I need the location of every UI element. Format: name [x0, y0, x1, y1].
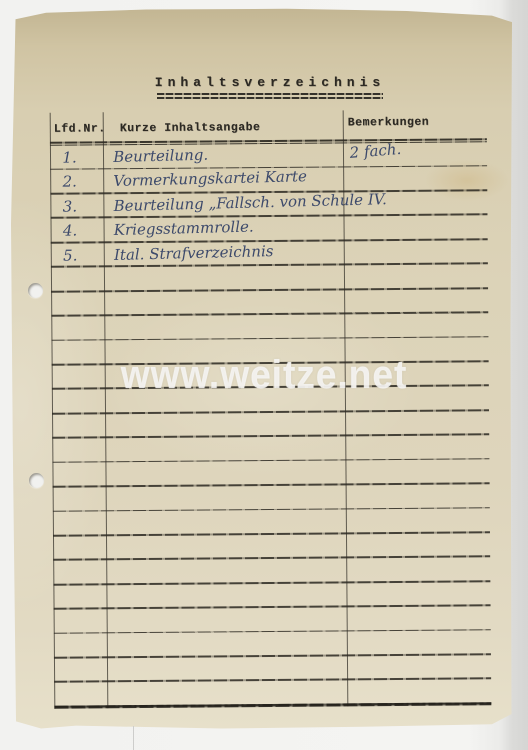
row-nr [52, 438, 105, 463]
row-nr: 1. [50, 145, 103, 170]
row-content [107, 676, 348, 706]
row-nr [51, 316, 104, 341]
row-nr: 2. [50, 170, 103, 195]
row-nr [53, 585, 106, 610]
punch-hole-top [28, 283, 43, 298]
row-nr [53, 487, 106, 512]
row-nr [54, 658, 107, 683]
scan-background: Inhaltsverzeichnis Lfd.Nr. Kurze Inhalts… [0, 0, 528, 750]
row-nr [52, 365, 105, 390]
header-nr: Lfd.Nr. [54, 122, 106, 135]
row-nr [53, 536, 106, 561]
document-title: Inhaltsverzeichnis [135, 75, 405, 90]
row-nr: 5. [51, 243, 104, 268]
title-underline-bar [157, 97, 383, 99]
row-nr [52, 414, 105, 439]
title-underline-bar [157, 93, 383, 95]
title-block: Inhaltsverzeichnis [135, 75, 405, 101]
row-nr: 3. [50, 194, 103, 219]
row-nr [53, 512, 106, 537]
row-nr [54, 683, 107, 708]
row-nr [51, 292, 104, 317]
scanned-document: Inhaltsverzeichnis Lfd.Nr. Kurze Inhalts… [11, 7, 512, 730]
table-body: 1. Beurteilung. 2 fach. 2. Vormerkungska… [50, 142, 491, 707]
row-nr [51, 267, 104, 292]
row-nr [52, 390, 105, 415]
row-nr [54, 609, 107, 634]
punch-hole-bottom [29, 473, 44, 488]
title-underline [157, 93, 383, 99]
scan-artifact-line [133, 726, 134, 750]
row-nr: 4. [51, 219, 104, 244]
contents-table: Lfd.Nr. Kurze Inhaltsangabe Bemerkungen … [50, 109, 492, 708]
header-content: Kurze Inhaltsangabe [120, 121, 261, 135]
row-nr [54, 634, 107, 659]
row-nr [53, 560, 106, 585]
row-nr [51, 341, 104, 366]
header-remarks: Bemerkungen [348, 116, 430, 130]
row-nr [52, 463, 105, 488]
